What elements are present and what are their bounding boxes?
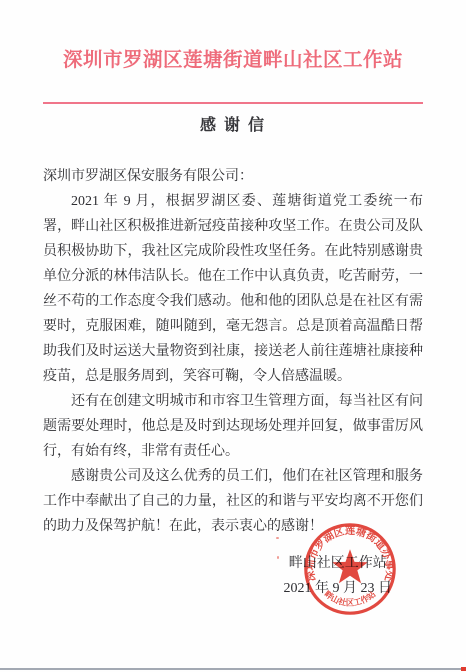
- paragraph-2: 还有在创建文明城市和市容卫生管理方面，每当社区有问题需要处理时，他总是及时到达现…: [43, 389, 423, 464]
- seal-bottom-text: 畔山社区工作站: [323, 588, 378, 608]
- letter-body: 深圳市罗湖区保安服务有限公司： 2021 年 9 月，根据罗湖区委、莲塘街道党工…: [43, 164, 423, 539]
- svg-text:畔山社区工作站: 畔山社区工作站: [323, 588, 378, 608]
- ink-speck: [277, 556, 279, 559]
- salutation: 深圳市罗湖区保安服务有限公司：: [43, 164, 423, 189]
- official-seal-stamp: 深圳市罗湖区莲塘街道办事处 畔山社区工作站: [303, 522, 397, 616]
- header-rule: [43, 102, 423, 104]
- star-icon: [332, 549, 368, 583]
- letter-page: 深圳市罗湖区莲塘街道畔山社区工作站 感 谢 信 深圳市罗湖区保安服务有限公司： …: [0, 0, 466, 672]
- org-title: 深圳市罗湖区莲塘街道畔山社区工作站: [0, 44, 466, 72]
- scan-edge-red-mark: [461, 667, 466, 671]
- letter-title: 感 谢 信: [0, 112, 466, 135]
- scan-bottom-edge: [0, 668, 466, 670]
- ink-speck: [276, 537, 279, 539]
- paragraph-1: 2021 年 9 月，根据罗湖区委、莲塘街道党工委统一布署，畔山社区积极推进新冠…: [43, 189, 423, 389]
